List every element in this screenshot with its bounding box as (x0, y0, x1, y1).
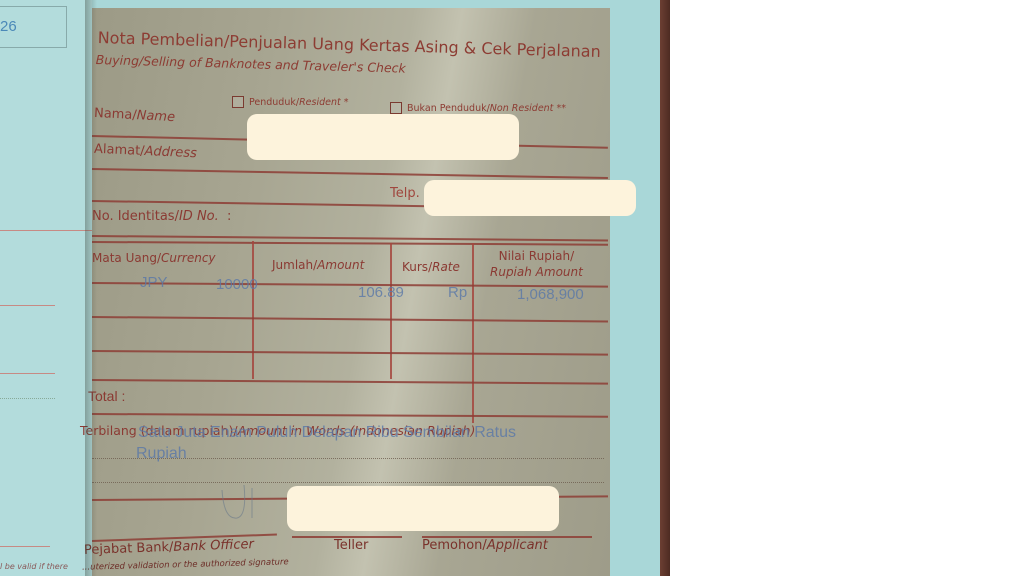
dotted-line (0, 398, 55, 399)
header-rupiah-amount: Nilai Rupiah/Rupiah Amount (490, 248, 583, 280)
non-resident-label-en: Non Resident (490, 103, 554, 114)
teller-label: Teller (334, 538, 368, 553)
resident-label-en: Resident (299, 97, 341, 108)
table-col-divider (472, 243, 474, 423)
id-no-label: No. Identitas/ID No. : (92, 209, 231, 224)
header-currency: Mata Uang/Currency (92, 251, 216, 265)
non-resident-label: Bukan Penduduk/ (407, 103, 490, 114)
words-dotted-line (92, 482, 604, 483)
form-footnote: ...uterized validation or the authorized… (82, 557, 289, 572)
table-top-border (92, 241, 608, 245)
name-label: Nama/Name (94, 106, 176, 125)
row-rate: 106.89 (358, 284, 404, 301)
row-rupiah-amount: 1,068,900 (517, 286, 584, 303)
address-label: Alamat/Address (94, 142, 197, 161)
row-currency: JPY (140, 274, 168, 291)
table-row-line (92, 379, 608, 384)
applicant-label: Pemohon/Applicant (422, 538, 548, 553)
id-no-line (92, 235, 608, 241)
redacted-phone (424, 180, 636, 216)
header-amount: Jumlah/Amount (272, 258, 364, 272)
resident-suffix: * (341, 97, 349, 108)
non-resident-suffix: ** (553, 103, 566, 114)
left-footnote-fragment: l be valid if there (0, 562, 68, 571)
resident-checkbox[interactable] (232, 96, 244, 108)
phone-label: Telp. (390, 186, 420, 201)
non-resident-option[interactable]: Bukan Penduduk/Non Resident ** (390, 102, 566, 114)
non-resident-checkbox[interactable] (390, 102, 402, 114)
total-line (92, 413, 608, 417)
signature-scribble (212, 480, 272, 530)
left-receipt-leaf: 26 l be valid if there (0, 0, 92, 576)
fold-shadow (85, 0, 97, 576)
receipt-number-fragment: 26 (0, 18, 17, 35)
address-line (92, 168, 608, 179)
resident-option[interactable]: Penduduk/Resident * (232, 96, 349, 108)
redacted-applicant-signature (287, 486, 559, 531)
row-amount: 10000 (216, 276, 258, 293)
table-row-line (92, 316, 608, 322)
rule-line (0, 305, 55, 306)
table-row-line (92, 350, 608, 355)
amount-in-words-line2: Rupiah (136, 445, 187, 463)
form-subtitle: Buying/Selling of Banknotes and Traveler… (96, 52, 406, 76)
table-edge (660, 0, 670, 576)
table-col-divider (252, 241, 254, 379)
resident-label: Penduduk/ (249, 97, 299, 108)
header-rate: Kurs/Rate (402, 260, 460, 274)
rule-line (0, 373, 55, 374)
amount-in-words-line1: Satu Juta Enam Puluh Delapan Ribu Sembil… (138, 424, 516, 442)
table-col-divider (390, 243, 392, 379)
rule-line (0, 230, 92, 231)
rule-line (0, 546, 50, 547)
words-dotted-line (92, 458, 604, 459)
redacted-name (247, 114, 519, 160)
row-rupiah-prefix: Rp (448, 284, 467, 301)
document-photo: 26 l be valid if there Nota Pembelian/Pe… (0, 0, 670, 576)
